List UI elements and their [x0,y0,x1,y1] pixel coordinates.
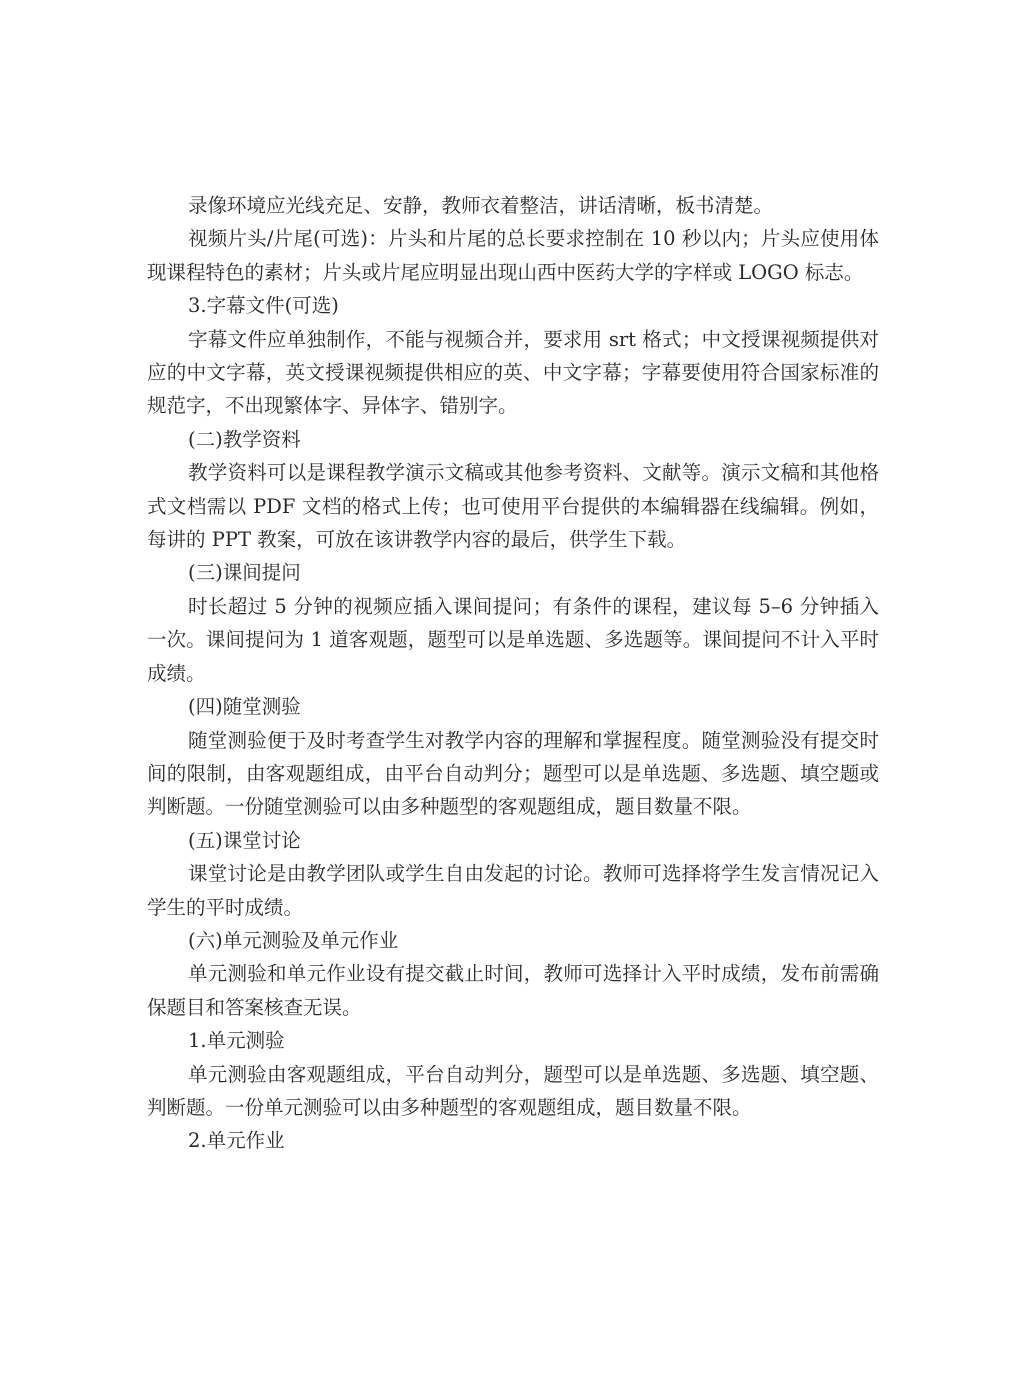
heading-class-discussion: (五)课堂讨论 [147,824,879,857]
paragraph-subtitle-file: 字幕文件应单独制作，不能与视频合并，要求用 srt 格式；中文授课视频提供对应的… [147,323,879,423]
heading-unit-test: 1.单元测验 [147,1024,879,1057]
heading-unit-homework: 2.单元作业 [147,1124,879,1157]
paragraph-recording-environment: 录像环境应光线充足、安静，教师衣着整洁，讲话清晰，板书清楚。 [147,189,879,222]
paragraph-in-class-questions: 时长超过 5 分钟的视频应插入课间提问；有条件的课程，建议每 5–6 分钟插入一… [147,590,879,690]
paragraph-teaching-materials: 教学资料可以是课程教学演示文稿或其他参考资料、文献等。演示文稿和其他格式文档需以… [147,456,879,556]
heading-unit-test-and-homework: (六)单元测验及单元作业 [147,924,879,957]
heading-teaching-materials: (二)教学资料 [147,423,879,456]
paragraph-unit-test-and-homework: 单元测验和单元作业设有提交截止时间，教师可选择计入平时成绩，发布前需确保题目和答… [147,957,879,1024]
paragraph-quiz: 随堂测验便于及时考查学生对教学内容的理解和掌握程度。随堂测验没有提交时间的限制，… [147,724,879,824]
document-page: 录像环境应光线充足、安静，教师衣着整洁，讲话清晰，板书清楚。 视频片头/片尾(可… [147,189,879,1158]
heading-in-class-questions: (三)课间提问 [147,556,879,589]
heading-subtitle-file: 3.字幕文件(可选) [147,289,879,322]
heading-quiz: (四)随堂测验 [147,690,879,723]
paragraph-class-discussion: 课堂讨论是由教学团队或学生自由发起的讨论。教师可选择将学生发言情况记入学生的平时… [147,857,879,924]
paragraph-video-intro-outro: 视频片头/片尾(可选)：片头和片尾的总长要求控制在 10 秒以内；片头应使用体现… [147,222,879,289]
paragraph-unit-test: 单元测验由客观题组成，平台自动判分，题型可以是单选题、多选题、填空题、判断题。一… [147,1058,879,1125]
